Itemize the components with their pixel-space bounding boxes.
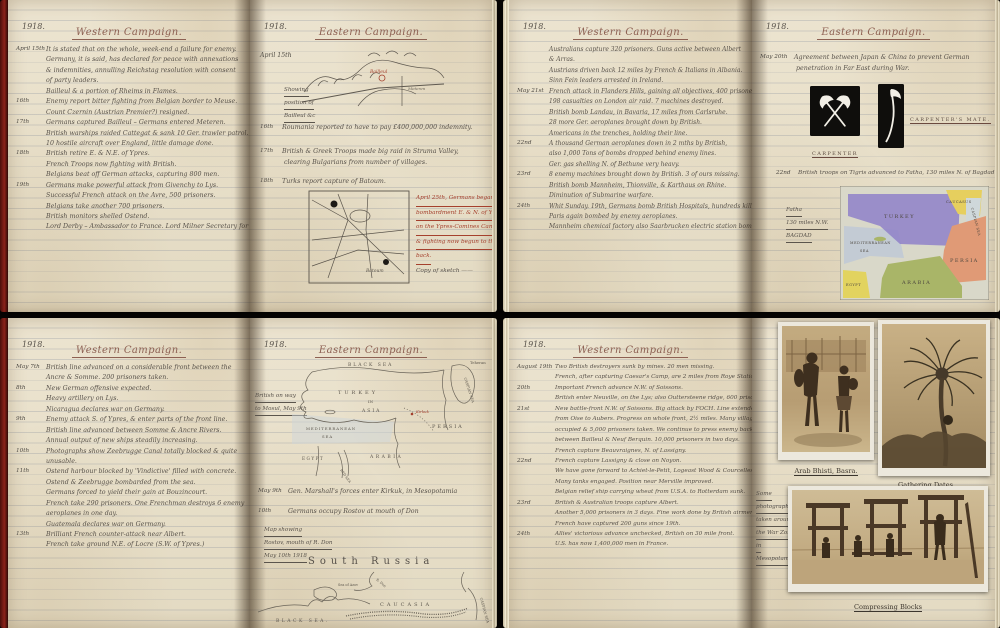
entry-text: Germans forced to yield their gain at Bo… (46, 489, 207, 496)
entry-text: Austrians driven back 12 miles by French… (549, 67, 742, 74)
entry-row: Count Czernin (Austrian Premier?) resign… (16, 109, 248, 119)
page-western-campaign-august: 1918. Western Campaign. August 19thTwo B… (509, 318, 752, 628)
map-label-in: IN (368, 399, 374, 404)
map-label-turkey: TURKEY (884, 214, 915, 220)
entry-row: 9thEnemy attack S. of Ypres, & enter par… (16, 416, 248, 426)
entry-text: French, after capturing Caesar's Camp, a… (555, 374, 752, 380)
entry-text: Count Czernin (Austrian Premier?) resign… (46, 109, 189, 116)
entry-row: Many tanks engaged. Position near Mervil… (517, 479, 750, 489)
entry-text: British monitors shelled Ostend. (46, 213, 149, 220)
entry-text: British line advanced between Somme & An… (46, 427, 221, 434)
page-eastern-campaign-may: 1918. Eastern Campaign. May 20th Agreeme… (752, 0, 995, 312)
entry-row: Germans forced to yield their gain at Bo… (16, 489, 248, 499)
map-label-turkey: TURKEY (338, 390, 378, 396)
entry-text: Germans make powerful attack from Givenc… (46, 182, 218, 189)
entry-row: Australians capture 320 prisoners. Guns … (517, 46, 750, 56)
map-label-caucasus: CAUCASUS (946, 200, 972, 204)
diary-scan: 1918. Western Campaign. April 15thIt is … (0, 0, 1000, 628)
map-label-persia: PERSIA (432, 424, 464, 430)
photo-caption-arab-bhisti: Arab Bhisti, Basra. (794, 467, 857, 476)
entry-text: Belgians take another 700 prisoners. (46, 203, 164, 210)
entry-row: of party leaders. (16, 77, 248, 87)
entry-text: Heavy artillery on Lys. (46, 395, 118, 402)
entry-text: 198 casualties on London air raid. 7 mac… (549, 98, 724, 105)
entry-row: Lord Derby – Ambassador to France. Lord … (16, 223, 248, 233)
entry-row: May 9th Gen. Marshall's forces enter Kir… (258, 488, 490, 498)
entry-date: April 15th (260, 52, 292, 59)
entry-row: 13thBrilliant French counter-attack near… (16, 531, 248, 541)
entry-row: British monitors shelled Ostend. (16, 213, 248, 223)
carpenter-insignia (810, 86, 860, 136)
entry-text: British enter Neuville, on the Lys; also… (555, 395, 752, 401)
entry-text: Australians capture 320 prisoners. Guns … (549, 46, 741, 53)
diary-entries: Australians capture 320 prisoners. Guns … (517, 46, 750, 234)
entry-row: 10thPhotographs show Zeebrugge Canal tot… (16, 448, 248, 458)
entry-date: 11th (16, 468, 46, 474)
entry-row: aeroplanes in one day. (16, 510, 248, 520)
entry-text: 8 enemy machines brought down by British… (549, 171, 740, 178)
margin-line: 130 miles N.W. (786, 217, 828, 230)
entry-row: unusable. (16, 458, 248, 468)
entry-text: aeroplanes in one day. (46, 510, 117, 517)
entry-row: Heavy artillery on Lys. (16, 395, 248, 405)
entry-date: 24th (517, 203, 549, 209)
entry-text: Important French advance N.W. of Soisson… (555, 385, 683, 391)
map-label-arabia: ARABIA (901, 280, 931, 286)
map-label-persia: PERSIA (950, 258, 979, 264)
entry-row: Paris again bombed by enemy aeroplanes. (517, 213, 750, 223)
note-line: April 25th, Germans began (416, 192, 492, 207)
entry-row: 23rdBritish & Australian troops capture … (517, 500, 750, 510)
entry-text: Successful French attack on the Avre, 50… (46, 192, 216, 199)
map-label-mediterranean: MEDITERRANEAN (850, 241, 891, 245)
entry-row: 20thImportant French advance N.W. of Soi… (517, 385, 750, 395)
entry-text: Nicaragua declares war on Germany. (46, 406, 165, 413)
margin-line: May 10th 1918 (264, 550, 307, 563)
south-russia-label: South Russia (308, 556, 434, 567)
entry-text: Ger. gas shelling N. of Bethune very hea… (549, 161, 679, 168)
entry-text: occupied & 5,000 prisoners taken. We con… (555, 427, 752, 433)
entry-row: French take ground N.E. of Locre (S.W. o… (16, 541, 248, 551)
entry-date: 18th (16, 150, 46, 156)
map-label-asia: ASIA (361, 408, 381, 414)
entry-row: occupied & 5,000 prisoners taken. We con… (517, 427, 750, 437)
entry-date: 13th (16, 531, 46, 537)
page-stack-edge (492, 0, 497, 312)
entry-text: Annual output of new ships steadily incr… (46, 437, 198, 444)
entry-text: U.S. has now 1,400,000 men in France. (555, 541, 668, 547)
margin-line: Fatha (786, 204, 802, 217)
note-line: & fighting now begun to the (416, 236, 492, 251)
entry-row: British bomb Landau, in Bavaria, 17 mile… (517, 109, 750, 119)
entry-row: 17thGermans captured Bailleul – Germans … (16, 119, 248, 129)
entry-row: Another 5,000 prisoners in 3 days. Fine … (517, 510, 750, 520)
entry-row: Germany, it is said, has declared for pe… (16, 56, 248, 66)
entry-row: May 7thBritish line advanced on a consid… (16, 364, 248, 374)
entry-text: We have gone forward to Achiet-le-Petit,… (555, 468, 752, 474)
entry-text: Mannheim chemical factory also Saarbruck… (549, 223, 752, 230)
entry-text: British line advanced on a considerable … (46, 364, 231, 371)
entry-text: French take 290 prisoners. One Frenchman… (46, 500, 244, 507)
map-label-r-don: R. Don (375, 578, 387, 589)
entry-row: May 21stFrench attack in Flanders Hills,… (517, 88, 750, 98)
entry-text: Sinn Fein leaders arrested in Ireland. (549, 77, 663, 84)
entry-row: French Troops now fighting with British. (16, 161, 248, 171)
entry-date: 22nd (517, 140, 549, 146)
sketch-label: Meteren (407, 86, 426, 91)
map-label-arabia: ARABIA (369, 454, 403, 460)
map-label-caspian: CASPIAN SEA (479, 597, 490, 624)
map-label-sea-of-azov: Sea of Azov (338, 583, 358, 587)
entry-row: 17th British & Greek Troops made big rai… (260, 148, 490, 158)
carpenter-caption: CARPENTER (812, 151, 858, 158)
entry-text: British troops on Tigris advanced to Fat… (798, 170, 995, 176)
page-stack-edge (492, 318, 497, 628)
entry-text: Enemy report bitter fighting from Belgia… (46, 98, 237, 105)
entry-text: & indemnities, annulling Reichstag resol… (46, 67, 236, 74)
entry-date: 17th (16, 119, 46, 125)
entry-text: Germany, it is said, has declared for pe… (46, 56, 238, 63)
page-title: Western Campaign. (573, 345, 687, 358)
entry-row: 16th Roumania reported to have to pay £4… (260, 124, 490, 134)
entry-row: & indemnities, annulling Reichstag resol… (16, 67, 248, 77)
map-label-teheran: Teheran (470, 360, 486, 365)
map-label-sea: SEA (322, 434, 333, 439)
page-western-campaign-may: 1918. Western Campaign. Australians capt… (509, 0, 752, 312)
entry-row: 16thEnemy report bitter fighting from Be… (16, 98, 248, 108)
entry-text: It is stated that on the whole, week-end… (46, 46, 237, 53)
map-label-kirkuk: Kirkuk (415, 409, 430, 414)
entry-row: Diminution of Submarine warfare. (517, 192, 750, 202)
entry-text: Ostend & Zeebrugge bombarded from the se… (46, 479, 196, 486)
sketch-label: Bailleul (369, 69, 388, 75)
entry-date: 24th (517, 531, 555, 537)
book-cover-edge (0, 0, 8, 312)
entry-row: Nicaragua declares war on Germany. (16, 406, 248, 416)
entry-text: between Bailleul & Neuf Berquin. 10,000 … (555, 437, 740, 443)
entry-text: Gen. Marshall's forces enter Kirkuk, in … (288, 488, 457, 495)
diary-entries: May 7thBritish line advanced on a consid… (16, 364, 248, 552)
carpenters-mate-insignia (878, 84, 904, 148)
photo-gathering-dates (878, 320, 990, 476)
margin-line: Map showing (264, 524, 302, 537)
entry-text: Two British destroyers sunk by mines. 20… (555, 364, 714, 370)
entry-text: Many tanks engaged. Position near Mervil… (555, 479, 713, 485)
note-line: bombardment E. & N. of Ypres (416, 207, 492, 222)
entry-text: French attack in Flanders Hills, gaining… (549, 88, 752, 95)
photo-compressing-blocks (788, 486, 988, 592)
margin-line: photographs (756, 501, 792, 514)
entry-row: We have gone forward to Achiet-le-Petit,… (517, 468, 750, 478)
map-label-caspian: CASPIAN SEA (463, 377, 475, 404)
page-stack-edge (995, 0, 1000, 312)
entry-text: British warships raided Cattegat & sank … (46, 130, 249, 137)
entry-row: from Oise to Aubers. Progress on whole f… (517, 416, 750, 426)
entry-row: Americans in the trenches, holding their… (517, 130, 750, 140)
entry-date: 23rd (517, 500, 555, 506)
entry-row: Ancre & Somme. 200 prisoners taken. (16, 374, 248, 384)
entry-text: Brilliant French counter-attack near Alb… (46, 531, 186, 538)
entry-row: 10th Germans occupy Rostov at mouth of D… (258, 508, 490, 518)
entry-text: Diminution of Submarine warfare. (549, 192, 653, 199)
entry-text: French have captured 200 guns since 19th… (555, 521, 681, 527)
map-label-caucasia: CAUCASIA (380, 602, 432, 608)
entry-text: Roumania reported to have to pay £400,00… (282, 124, 472, 131)
entry-row: Sinn Fein leaders arrested in Ireland. (517, 77, 750, 87)
map-label-egypt: EGYPT (846, 283, 861, 287)
sketch-map-turkey-in-asia: BLACK SEA TURKEY IN ASIA MEDITERRANEAN S… (284, 356, 490, 484)
entry-text: Belgians beat off German attacks, captur… (46, 171, 219, 178)
entry-row: Austrians driven back 12 miles by French… (517, 67, 750, 77)
entry-text: Paris again bombed by enemy aeroplanes. (549, 213, 678, 220)
entry-text: British & Australian troops capture Albe… (555, 500, 679, 506)
margin-line: Some (756, 488, 772, 501)
entry-date: 19th (16, 182, 46, 188)
map-margin-note: Fatha130 miles N.W.BAGDAD (786, 204, 828, 243)
entry-row: 22nd British troops on Tigris advanced t… (776, 170, 995, 180)
entry-row: between Bailleul & Neuf Berquin. 10,000 … (517, 437, 750, 447)
entry-row: 21stNew battle-front N.W. of Soissons. B… (517, 406, 750, 416)
page-western-campaign-april: 1918. Western Campaign. April 15thIt is … (8, 0, 250, 312)
entry-text: Photographs show Zeebrugge Canal totally… (46, 448, 237, 455)
entry-row: Belgians take another 700 prisoners. (16, 203, 248, 213)
entry-row: Ger. gas shelling N. of Bethune very hea… (517, 161, 750, 171)
entry-date: 10th (16, 448, 46, 454)
entry-row: Annual output of new ships steadily incr… (16, 437, 248, 447)
entry-text: 28 more Ger. aeroplanes brought down by … (549, 119, 702, 126)
sketch-map-batoum: Batoum (308, 190, 410, 284)
entry-date: May 21st (517, 88, 549, 94)
map-label-egypt: EGYPT (302, 456, 324, 461)
entry-date: 21st (517, 406, 555, 412)
entry-text: French Troops now fighting with British. (46, 161, 176, 168)
entry-row: 22ndA thousand German aeroplanes down in… (517, 140, 750, 150)
map-label-red-sea: RED SEA (339, 468, 352, 484)
page-title: Eastern Campaign. (817, 27, 929, 40)
entry-text: Ancre & Somme. 200 prisoners taken. (46, 374, 168, 381)
entry-text: British bomb Landau, in Bavaria, 17 mile… (549, 109, 728, 116)
entry-text: Lord Derby – Ambassador to France. Lord … (46, 223, 250, 230)
page-title: Eastern Campaign. (315, 27, 427, 40)
entry-row: 10 hostile aircraft over England, little… (16, 140, 248, 150)
page-eastern-campaign-may7: 1918. Eastern Campaign. British on wayto… (250, 318, 492, 628)
page-title: Western Campaign. (72, 27, 186, 40)
entry-row: French capture Beauvraignes, N. of Lassi… (517, 448, 750, 458)
entry-text: Agreement between Japan & China to preve… (794, 54, 969, 61)
map-label-black-sea: BLACK SEA (348, 362, 393, 368)
page-photographs-mesopotamia: Arab Bhisti, Basra. (752, 318, 995, 628)
entry-row: French, after capturing Caesar's Camp, a… (517, 374, 750, 384)
entry-text: French take ground N.E. of Locre (S.W. o… (46, 541, 204, 548)
carpenters-mate-caption: CARPENTER'S MATE. (910, 117, 991, 124)
book-spread-may-western: 1918. Western Campaign. May 7thBritish l… (0, 318, 497, 628)
map-label-sea: SEA (860, 249, 869, 253)
entry-row: U.S. has now 1,400,000 men in France. (517, 541, 750, 551)
entry-text: British retire E. & N.E. of Ypres. (46, 150, 150, 157)
entry-date: 16th (260, 124, 282, 130)
entry-text: Whit Sunday. 19th, Germans bomb British … (549, 203, 752, 210)
entry-date: 16th (16, 98, 46, 104)
entry-text: A thousand German aeroplanes down in 2 m… (549, 140, 727, 147)
entry-text: New battle-front N.W. of Soissons. Big a… (555, 406, 752, 412)
entry-row: Guatemala declares war on Germany. (16, 521, 248, 531)
entry-text: Germans captured Bailleul – Germans ente… (46, 119, 226, 126)
entry-date: 18th (260, 178, 282, 184)
entry-date: May 7th (16, 364, 46, 370)
entry-row: 11thOstend harbour blocked by 'Vindictiv… (16, 468, 248, 478)
entry-row: 24thWhit Sunday. 19th, Germans bomb Brit… (517, 203, 750, 213)
margin-line: in (756, 540, 761, 553)
map-label-black-sea: BLACK SEA. (276, 618, 330, 624)
entry-text: British bomb Mannheim, Thionville, & Kar… (549, 182, 726, 189)
entry-row: 19thGermans make powerful attack from Gi… (16, 182, 248, 192)
page-title: Western Campaign. (72, 345, 186, 358)
entry-row: 8thNew German offensive expected. (16, 385, 248, 395)
entry-text: Americans in the trenches, holding their… (549, 130, 687, 137)
page-western-campaign-may7: 1918. Western Campaign. May 7thBritish l… (8, 318, 250, 628)
entry-row: Bailleul & a portion of Rheims in Flames… (16, 88, 248, 98)
entry-date: May 9th (258, 488, 288, 494)
book-spread-may-1918: 1918. Western Campaign. Australians capt… (503, 0, 1000, 312)
colored-map-middle-east: TURKEY CAUCASUS PERSIA ARABIA MEDITERRAN… (840, 186, 989, 300)
entry-row: Successful French attack on the Avre, 50… (16, 192, 248, 202)
entry-date: May 20th (760, 54, 794, 60)
entry-row: French take 290 prisoners. One Frenchman… (16, 500, 248, 510)
caption-line: position of (284, 97, 314, 110)
entry-text: British & Greek Troops made big raid in … (282, 148, 459, 155)
entry-date: 22nd (776, 170, 798, 176)
sketch-label: Batoum (365, 268, 384, 274)
copy-note: Copy of sketch —— (416, 268, 473, 274)
entry-date: 10th (258, 508, 288, 514)
photo-caption-compressing-blocks: Compressing Blocks (854, 603, 922, 612)
entry-date: 8th (16, 385, 46, 391)
page-eastern-campaign-april: 1918. Eastern Campaign. April 15th Baill… (250, 0, 492, 312)
entry-text: Germans occupy Rostov at mouth of Don (288, 508, 419, 515)
entry-row: 18th Turks report capture of Batoum. (260, 178, 490, 188)
caption-line: Bailleul &c (284, 110, 315, 123)
sketch-caption: Showingposition ofBailleul &c (284, 84, 315, 123)
map-label-mediterranean: MEDITERRANEAN (306, 426, 356, 431)
book-spread-august-1918: 1918. Western Campaign. August 19thTwo B… (503, 318, 1000, 628)
red-ink-note: April 25th, Germans beganbombardment E. … (416, 192, 492, 265)
entry-text: of party leaders. (46, 77, 99, 84)
entry-text: Bailleul & a portion of Rheims in Flames… (46, 88, 178, 95)
entry-text: Another 5,000 prisoners in 3 days. Fine … (555, 510, 752, 516)
entry-text: Allies' victorious advance unchecked, Br… (555, 531, 734, 537)
entry-date: 17th (260, 148, 282, 154)
entry-date: 23rd (517, 171, 549, 177)
entry-row: also 1,000 Tons of bombs dropped behind … (517, 150, 750, 160)
entry-date: 20th (517, 385, 555, 391)
entry-row: April 15thIt is stated that on the whole… (16, 46, 248, 56)
page-title: Western Campaign. (573, 27, 687, 40)
entry-text: Guatemala declares war on Germany. (46, 521, 166, 528)
entry-date: 22nd (517, 458, 555, 464)
entry-text: French capture Beauvraignes, N. of Lassi… (555, 448, 686, 454)
entry-row: & Arras. (517, 56, 750, 66)
photo-arab-bhisti (778, 322, 874, 460)
entry-text: & Arras. (549, 56, 575, 63)
book-spread-april-1918: 1918. Western Campaign. April 15thIt is … (0, 0, 497, 312)
entry-text: Ostend harbour blocked by 'Vindictive' f… (46, 468, 236, 475)
book-cover-edge (0, 318, 8, 628)
entry-text: Belgian relief ship carrying wheat from … (555, 489, 745, 495)
entry-text: penetration in Far East during War. (796, 65, 909, 72)
entry-row: 24thAllies' victorious advance unchecked… (517, 531, 750, 541)
entry-text: New German offensive expected. (46, 385, 152, 392)
entry-row: 28 more Ger. aeroplanes brought down by … (517, 119, 750, 129)
entry-row: British line advanced between Somme & An… (16, 427, 248, 437)
entry-text: clearing Bulgarians from number of villa… (284, 159, 427, 166)
entry-row: Belgian relief ship carrying wheat from … (517, 489, 750, 499)
entry-text: unusable. (46, 458, 77, 465)
entry-row: Ostend & Zeebrugge bombarded from the se… (16, 479, 248, 489)
sketch-map-south-russia: BLACK SEA. Sea of Azov R. Don CAUCASIA C… (254, 570, 492, 626)
entry-text: 10 hostile aircraft over England, little… (46, 140, 214, 147)
diary-entries: August 19thTwo British destroyers sunk b… (517, 364, 750, 552)
entry-row: 198 casualties on London air raid. 7 mac… (517, 98, 750, 108)
entry-text: also 1,000 Tons of bombs dropped behind … (549, 150, 716, 157)
entry-row: Mannheim chemical factory also Saarbruck… (517, 223, 750, 233)
diary-entries: April 15thIt is stated that on the whole… (16, 46, 248, 234)
entry-text: from Oise to Aubers. Progress on whole f… (555, 416, 752, 422)
entry-row: Belgians beat off German attacks, captur… (16, 171, 248, 181)
entry-text: Turks report capture of Batoum. (282, 178, 386, 185)
sketch-map-bailleul: Bailleul Meteren (298, 42, 450, 112)
entry-row: French have captured 200 guns since 19th… (517, 521, 750, 531)
entry-row: British bomb Mannheim, Thionville, & Kar… (517, 182, 750, 192)
entry-row: 18thBritish retire E. & N.E. of Ypres. (16, 150, 248, 160)
entry-date: April 15th (16, 46, 46, 52)
margin-line: Rostov, mouth of R. Don (264, 537, 332, 550)
entry-row: August 19thTwo British destroyers sunk b… (517, 364, 750, 374)
entry-row: 22ndFrench capture Lassigny & close on N… (517, 458, 750, 468)
entry-row: British enter Neuville, on the Lys; also… (517, 395, 750, 405)
entry-row: May 20th Agreement between Japan & China… (760, 54, 992, 64)
entry-text: Enemy attack S. of Ypres, & enter parts … (46, 416, 227, 423)
caption-line: Showing (284, 84, 309, 97)
page-stack-edge (995, 318, 1000, 628)
entry-date: 9th (16, 416, 46, 422)
margin-line: BAGDAD (786, 230, 812, 243)
note-line: on the Ypres-Comines Canal, (416, 221, 492, 236)
entry-date: August 19th (517, 364, 555, 370)
entry-text: French capture Lassigny & close on Noyon… (555, 458, 681, 464)
entry-row: 23rd8 enemy machines brought down by Bri… (517, 171, 750, 181)
entry-row: British warships raided Cattegat & sank … (16, 130, 248, 140)
note-line: back. (416, 250, 431, 265)
